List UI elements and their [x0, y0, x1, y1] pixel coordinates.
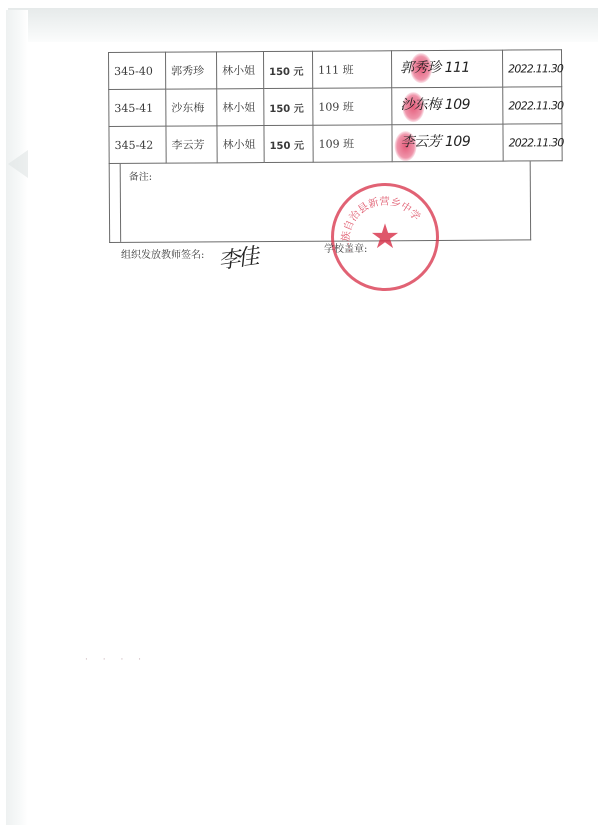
table-row: 345-41沙东梅林小姐150 元109 班沙东梅 1092022.11.30	[109, 87, 562, 127]
sign-date-cell: 2022.11.30	[503, 87, 562, 124]
remarks-cell: 备注:	[120, 164, 161, 242]
school-seal-label: 学校盖章:	[324, 240, 367, 255]
record-id: 345-42	[109, 126, 166, 163]
scan-shadow-left	[6, 10, 28, 825]
school-seal: …族自治县新营乡中学 ★	[331, 183, 439, 291]
star-icon: ★	[370, 217, 400, 257]
recipient-name: 郭秀珍	[166, 52, 217, 89]
recipient-name: 沙东梅	[166, 89, 217, 126]
recipient-signature: 郭秀珍 111	[400, 57, 470, 77]
class-name: 111 班	[312, 51, 391, 88]
sign-date-cell: 2022.11.30	[503, 124, 562, 161]
amount: 150 元	[264, 125, 313, 162]
scan-specks: · · · ·	[85, 655, 147, 665]
agent-name: 林小姐	[217, 52, 264, 89]
class-name: 109 班	[313, 125, 392, 162]
scan-shadow-top	[8, 8, 598, 42]
record-id: 345-40	[109, 52, 166, 89]
table-row: 345-42李云芳林小姐150 元109 班李云芳 1092022.11.30	[109, 124, 562, 164]
recipient-signature: 李云芳 109	[400, 131, 470, 151]
class-name: 109 班	[313, 88, 392, 125]
recipient-signature-cell: 李云芳 109	[392, 124, 503, 162]
table-row: 345-40郭秀珍林小姐150 元111 班郭秀珍 1112022.11.30	[109, 50, 562, 90]
sign-date: 2022.11.30	[508, 62, 563, 75]
remarks-box: 备注:	[109, 161, 531, 243]
amount: 150 元	[264, 51, 313, 88]
agent-name: 林小姐	[217, 126, 264, 163]
distribution-form: 345-40郭秀珍林小姐150 元111 班郭秀珍 1112022.11.303…	[108, 49, 531, 243]
page-fold-mark	[8, 150, 28, 178]
sign-date: 2022.11.30	[509, 136, 564, 149]
agent-name: 林小姐	[217, 89, 264, 126]
sign-date-cell: 2022.11.30	[502, 50, 561, 87]
sign-date: 2022.11.30	[508, 99, 563, 112]
recipient-name: 李云芳	[166, 126, 217, 163]
remarks-label: 备注:	[129, 172, 152, 183]
record-id: 345-41	[109, 89, 166, 126]
records-table: 345-40郭秀珍林小姐150 元111 班郭秀珍 1112022.11.303…	[108, 49, 563, 164]
organizer-signature: 李佳	[216, 240, 258, 276]
recipient-signature-cell: 郭秀珍 111	[391, 50, 502, 88]
recipient-signature: 沙东梅 109	[400, 94, 470, 114]
amount: 150 元	[264, 88, 313, 125]
recipient-signature-cell: 沙东梅 109	[392, 87, 503, 125]
organizer-signature-label: 组织发放教师签名:	[121, 246, 204, 261]
